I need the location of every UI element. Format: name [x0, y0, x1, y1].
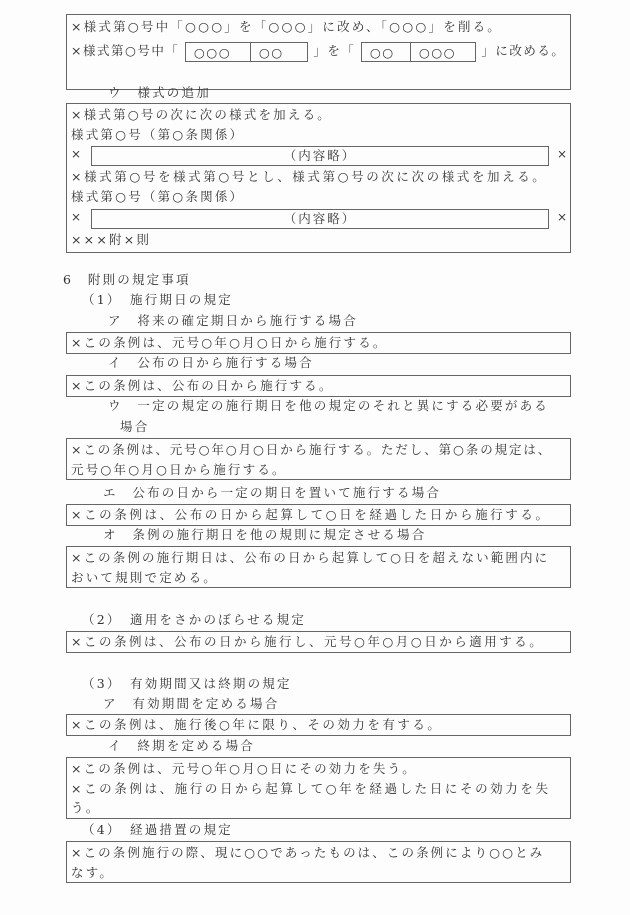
inline-cell: ○○○: [410, 43, 475, 61]
inline-table-before: ○○○○○: [185, 42, 308, 62]
form-add-line-5: 様式第○号（第○条関係）: [71, 188, 244, 206]
provision-text: おいて規則で定める。: [71, 569, 218, 587]
sub2-title: （2） 適用をさかのぼらせる規定: [82, 611, 306, 629]
provision-text: ×この条例は、公布の日から施行し、元号○年○月○日から適用する。: [71, 633, 544, 651]
sub1-a-title: ア 将来の確定期日から施行する場合: [108, 312, 358, 330]
provision-text: ×この条例は、施行の日から起算して○年を経過した日にその効力を失: [71, 780, 551, 798]
provision-text: ×この条例は、公布の日から施行する。: [71, 377, 334, 395]
section-6-title: 6 附則の規定事項: [63, 271, 191, 289]
provision-text: 元号○年○月○日から施行する。: [71, 461, 287, 479]
form-amend-line-2: ×様式第○号中「 ○○○○○ 」を「 ○○○○○ 」に改める。: [71, 40, 565, 62]
form-add-box: ×様式第○号の次に次の様式を加える。 様式第○号（第○条関係） × （内容略） …: [66, 103, 571, 253]
sub1-a-box: ×この条例は、元号○年○月○日から施行する。: [66, 332, 571, 354]
provision-text: ×この条例は、元号○年○月○日から施行する。ただし、第○条の規定は、: [71, 441, 552, 459]
sub3-a-title: ア 有効期間を定める場合: [103, 695, 279, 713]
inline-cell: ○○: [250, 43, 307, 61]
heading-form-add: ウ 様式の追加: [108, 84, 211, 102]
form-amend-suffix: 」に改める。: [481, 43, 565, 58]
provision-text: ×この条例は、公布の日から起算して○日を経過した日から施行する。: [71, 506, 551, 524]
sub1-o-title: オ 条例の施行期日を他の規則に規定させる場合: [103, 526, 426, 544]
form-amend-prefix: ×様式第○号中「: [71, 43, 179, 58]
inline-table-after: ○○○○○: [361, 42, 476, 62]
sub3-i-box: ×この条例は、元号○年○月○日にその効力を失う。 ×この条例は、施行の日から起算…: [66, 757, 571, 819]
provision-text: ×この条例は、元号○年○月○日から施行する。: [71, 334, 388, 352]
sub3-i-title: イ 終期を定める場合: [108, 737, 255, 755]
sub1-i-title: イ 公布の日から施行する場合: [108, 354, 314, 372]
sub1-u-title-2: 場合: [120, 418, 149, 436]
sub1-i-box: ×この条例は、公布の日から施行する。: [66, 375, 571, 397]
omit-row-2: × （内容略） ×: [71, 209, 566, 229]
cross-mark: ×: [557, 147, 567, 161]
provision-text: なす。: [71, 864, 114, 882]
form-amend-line-1: ×様式第○号中「○○○」を「○○○」に改め、「○○○」を削る。: [71, 18, 502, 36]
sub4-box: ×この条例施行の際、現に○○であったものは、この条例により○○とみ なす。: [66, 841, 571, 883]
sub2-box: ×この条例は、公布の日から施行し、元号○年○月○日から適用する。: [66, 631, 571, 653]
form-add-line-7: ×××附×則: [71, 231, 151, 249]
provision-text: う。: [71, 799, 100, 817]
sub4-title: （4） 経過措置の規定: [82, 821, 233, 839]
form-add-line-1: ×様式第○号の次に次の様式を加える。: [71, 106, 332, 124]
sub3-a-box: ×この条例は、施行後○年に限り、その効力を有する。: [66, 714, 571, 736]
omit-row-1: × （内容略） ×: [71, 146, 566, 166]
sub1-title: （1） 施行期日の規定: [82, 291, 233, 309]
sub1-o-box: ×この条例の施行期日は、公布の日から起算して○日を超えない範囲内に おいて規則で…: [66, 546, 571, 588]
form-amend-box: ×様式第○号中「○○○」を「○○○」に改め、「○○○」を削る。 ×様式第○号中「…: [66, 14, 571, 90]
provision-text: ×この条例は、元号○年○月○日にその効力を失う。: [71, 760, 417, 778]
sub3-title: （3） 有効期間又は終期の規定: [82, 675, 292, 693]
provision-text: ×この条例は、施行後○年に限り、その効力を有する。: [71, 716, 442, 734]
cross-mark: ×: [71, 210, 81, 224]
omitted-content-box: （内容略）: [91, 209, 549, 229]
provision-text: ×この条例施行の際、現に○○であったものは、この条例により○○とみ: [71, 844, 544, 862]
inline-cell: ○○: [362, 43, 410, 61]
form-add-line-2: 様式第○号（第○条関係）: [71, 126, 244, 144]
inline-cell: ○○○: [186, 43, 250, 61]
sub1-e-box: ×この条例は、公布の日から起算して○日を経過した日から施行する。: [66, 504, 571, 526]
sub1-u-box: ×この条例は、元号○年○月○日から施行する。ただし、第○条の規定は、 元号○年○…: [66, 438, 571, 480]
omitted-content-box: （内容略）: [91, 146, 549, 166]
sub1-u-title-1: ウ 一定の規定の施行期日を他の規定のそれと異にする必要がある: [108, 397, 549, 415]
form-add-line-4: ×様式第○号を様式第○号とし、様式第○号の次に次の様式を加える。: [71, 168, 547, 186]
sub1-e-title: エ 公布の日から一定の期日を置いて施行する場合: [103, 484, 441, 502]
provision-text: ×この条例の施行期日は、公布の日から起算して○日を超えない範囲内に: [71, 549, 549, 567]
cross-mark: ×: [557, 210, 567, 224]
form-amend-mid: 」を「: [313, 43, 355, 58]
cross-mark: ×: [71, 147, 81, 161]
